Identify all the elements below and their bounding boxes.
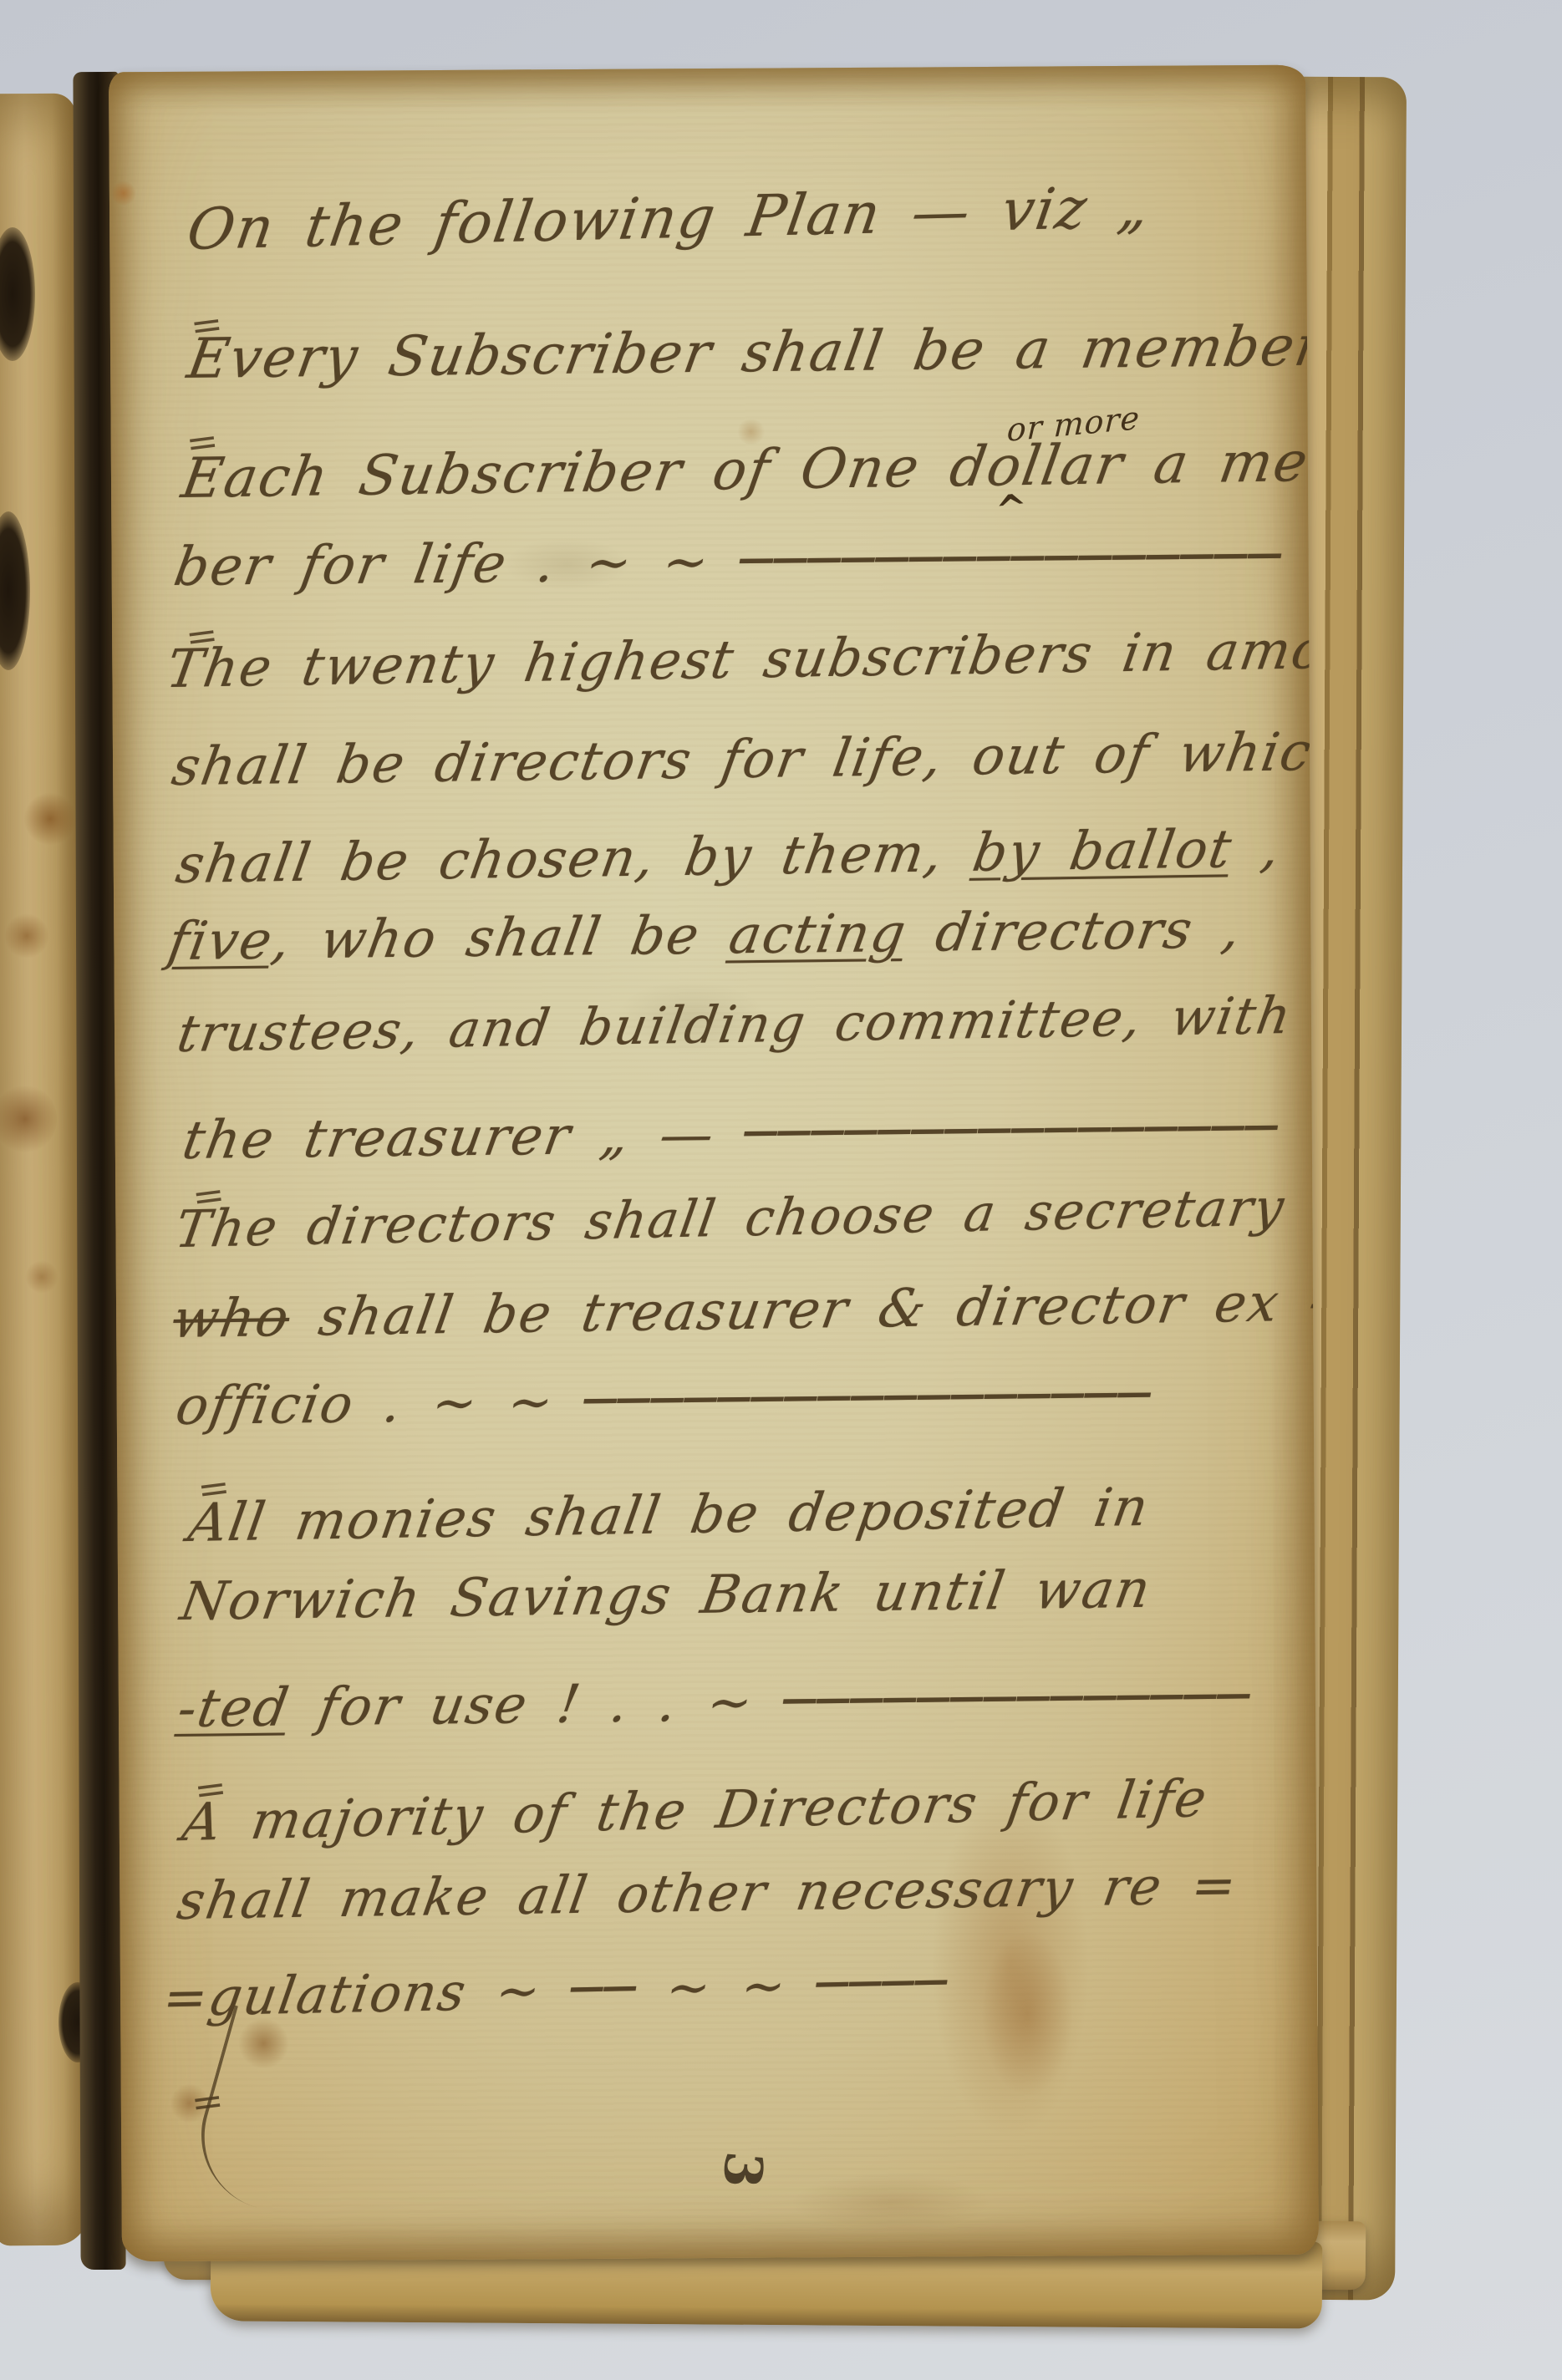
underlined-text: -ted: [174, 1676, 294, 1739]
underlined-text: five: [164, 910, 277, 973]
manuscript-line: The twenty highest subscribers in amot „: [162, 618, 1318, 700]
manuscript-line: -ted for use ! . . ~ ──────────────: [174, 1665, 1256, 1739]
manuscript-line: On the following Plan — viz „: [183, 175, 1155, 263]
photo-backdrop: On the following Plan — viz „ = Every Su…: [0, 0, 1562, 2380]
text-segment: Each Subscriber of One dollar a mem -: [177, 428, 1319, 511]
text-segment: , who shall be: [267, 904, 735, 970]
text-segment: for use ! . . ~ ──────────────: [284, 1665, 1256, 1737]
stain: [111, 181, 136, 206]
manuscript-line: All monies shall be deposited in: [185, 1477, 1154, 1554]
manuscript-page: On the following Plan — viz „ = Every Su…: [109, 65, 1319, 2262]
manuscript-line: Every Subscriber shall be a member .: [183, 313, 1319, 391]
stain: [981, 1930, 1074, 2098]
text-segment: trustees, and building committee, with: [173, 986, 1296, 1064]
margin-mark: =: [189, 2077, 226, 2125]
text-segment: directors ,: [902, 898, 1247, 964]
text-segment: shall be directors for life, out of whic…: [168, 721, 1319, 798]
manuscript-line: The directors shall choose a secretary: [171, 1177, 1290, 1259]
text-segment: The twenty highest subscribers in amo: [162, 619, 1318, 699]
underlined-text: acting: [725, 903, 911, 966]
manuscript-line: Norwich Savings Bank until wan: [176, 1559, 1156, 1632]
text-segment: ,: [1227, 817, 1285, 879]
text-segment: shall make all other necessary re =: [173, 1854, 1242, 1931]
manuscript-line: Each Subscriber of One dollar a mem -: [177, 428, 1319, 511]
manuscript-line: ber for life . ~ ~ ────────────────: [170, 526, 1287, 598]
manuscript-line: trustees, and building committee, with: [173, 986, 1296, 1064]
manuscript-line: shall make all other necessary re =: [173, 1854, 1242, 1931]
manuscript-line: officio . ~ ~ ─────────────────: [171, 1365, 1157, 1437]
underlined-text: by ballot: [969, 818, 1237, 883]
stain: [790, 2173, 990, 2232]
text-segment: All monies shall be deposited in: [185, 1477, 1154, 1554]
text-segment: A majority of the Directors for life: [178, 1767, 1212, 1853]
manuscript-line: who shall be treasurer & director ex -: [169, 1271, 1319, 1350]
text-segment: Every Subscriber shall be a member .: [183, 313, 1319, 391]
text-segment: the treasurer „ — ────────────────: [179, 1097, 1284, 1171]
text-segment: officio . ~ ~ ─────────────────: [171, 1365, 1157, 1437]
manuscript-line: A majority of the Directors for life: [178, 1767, 1212, 1853]
text-segment: On the following Plan — viz „: [183, 175, 1155, 263]
insertion-caret: ^: [993, 485, 1030, 533]
text-segment: shall be chosen, by them,: [172, 822, 979, 895]
struck-text: who: [169, 1287, 294, 1350]
manuscript-line: shall be directors for life, out of whic…: [168, 721, 1319, 798]
page-number: 3: [711, 2149, 775, 2190]
text-segment: The directors shall choose a secretary: [171, 1177, 1290, 1259]
text-segment: shall be treasurer & director ex -: [285, 1271, 1319, 1348]
manuscript-line: five, who shall be acting directors ,: [164, 898, 1246, 972]
text-segment: ber for life . ~ ~ ────────────────: [170, 526, 1287, 598]
manuscript-line: shall be chosen, by them, by ballot ,: [172, 817, 1285, 895]
manuscript-line: the treasurer „ — ────────────────: [179, 1097, 1284, 1171]
stain: [930, 1788, 1091, 2139]
text-segment: Norwich Savings Bank until wan: [176, 1559, 1156, 1632]
